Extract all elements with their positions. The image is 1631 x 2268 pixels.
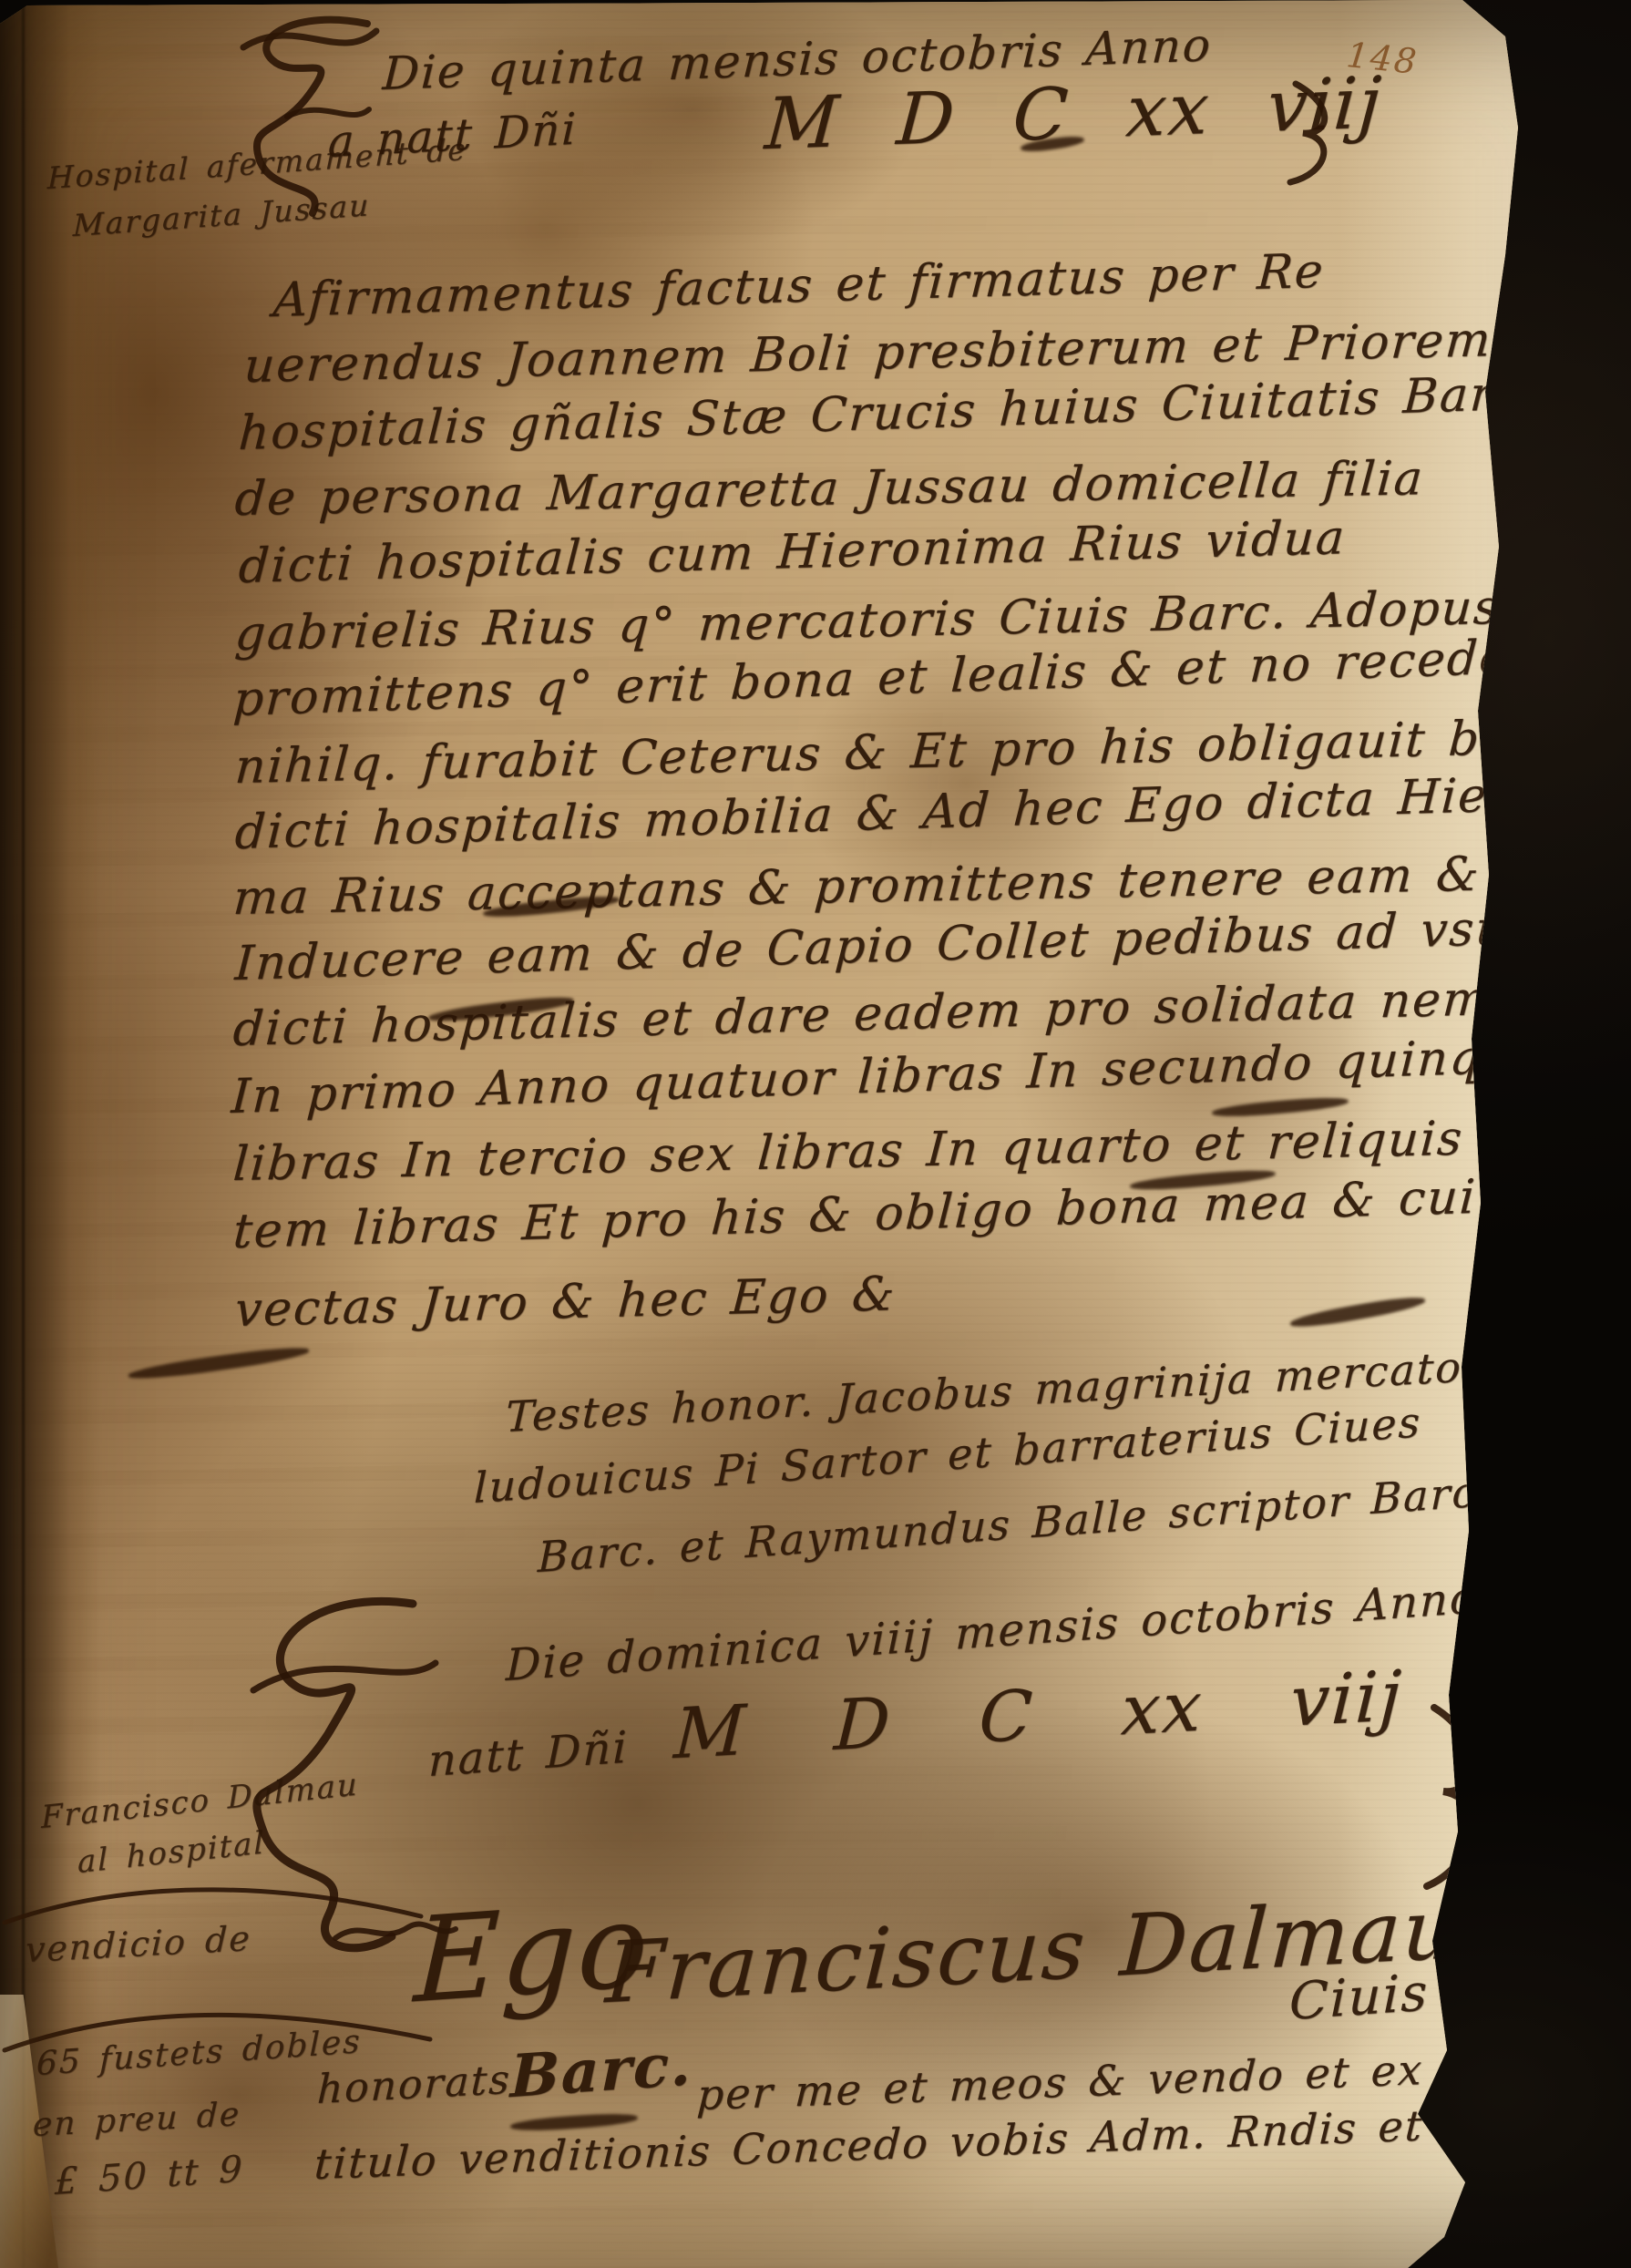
page-vignette [0, 0, 1631, 2268]
manuscript-page: 148 Die quinta mensis octobris Anno a na… [0, 0, 1631, 2268]
manuscript-photograph: 148 Die quinta mensis octobris Anno a na… [0, 0, 1631, 2268]
